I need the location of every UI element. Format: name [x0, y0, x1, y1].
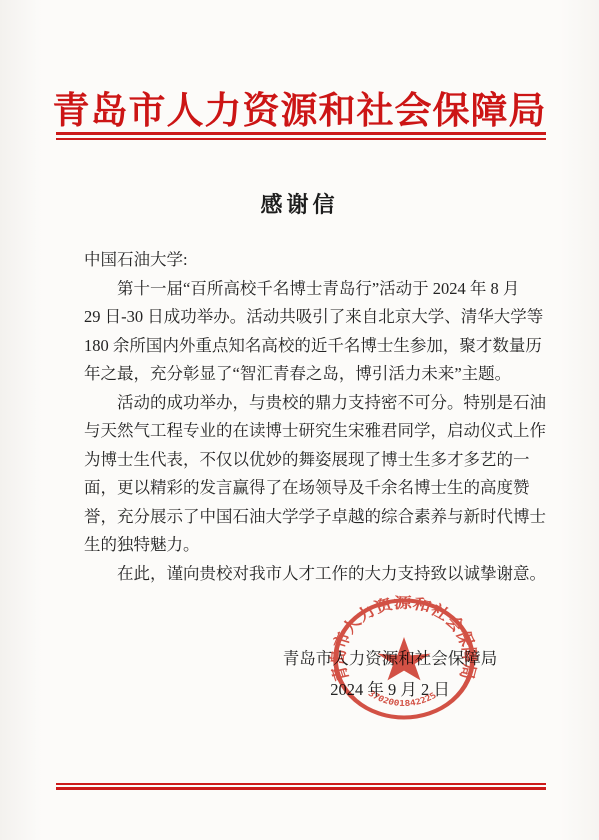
body-line: 180 余所国内外重点知名高校的近千名博士生参加，聚才数量历 — [84, 332, 528, 361]
letterhead-rule-top-thick — [56, 132, 546, 135]
body-line: 誉，充分展示了中国石油大学学子卓越的综合素养与新时代博士 — [84, 503, 528, 532]
letter-body: 中国石油大学: 第十一届“百所高校千名博士青岛行”活动于 2024 年 8 月 … — [84, 246, 528, 588]
letterhead-rule-top-thin — [56, 138, 546, 140]
body-line: 第十一届“百所高校千名博士青岛行”活动于 2024 年 8 月 — [84, 275, 528, 304]
salutation: 中国石油大学: — [84, 246, 528, 275]
letterhead-org-name: 青岛市人力资源和社会保障局 — [0, 80, 599, 134]
body-line: 与天然气工程专业的在读博士研究生宋雅君同学，启动仪式上作 — [84, 417, 528, 446]
signature-block: 青岛市人力资源和社会保障局 2024 年 9 月 2 日 — [265, 643, 515, 705]
letter-title: 感谢信 — [0, 188, 599, 219]
body-line: 为博士生代表，不仅以优妙的舞姿展现了博士生多才多艺的一 — [84, 446, 528, 475]
letter-page: 青岛市人力资源和社会保障局 感谢信 中国石油大学: 第十一届“百所高校千名博士青… — [0, 0, 599, 840]
body-line: 活动的成功举办，与贵校的鼎力支持密不可分。特别是石油 — [84, 389, 528, 418]
footer-rule-thick — [56, 787, 546, 790]
body-line: 在此，谨向贵校对我市人才工作的大力支持致以诚挚谢意。 — [84, 560, 528, 589]
body-line: 29 日-30 日成功举办。活动共吸引了来自北京大学、清华大学等 — [84, 303, 528, 332]
footer-rule-thin — [56, 783, 546, 785]
signature-org-name: 青岛市人力资源和社会保障局 — [265, 643, 515, 674]
body-line: 生的独特魅力。 — [84, 531, 528, 560]
body-line: 面，更以精彩的发言赢得了在场领导及千余名博士生的高度赞 — [84, 474, 528, 503]
body-line: 年之最，充分彰显了“智汇青春之岛，博引活力未来”主题。 — [84, 360, 528, 389]
signature-date: 2024 年 9 月 2 日 — [265, 674, 515, 705]
